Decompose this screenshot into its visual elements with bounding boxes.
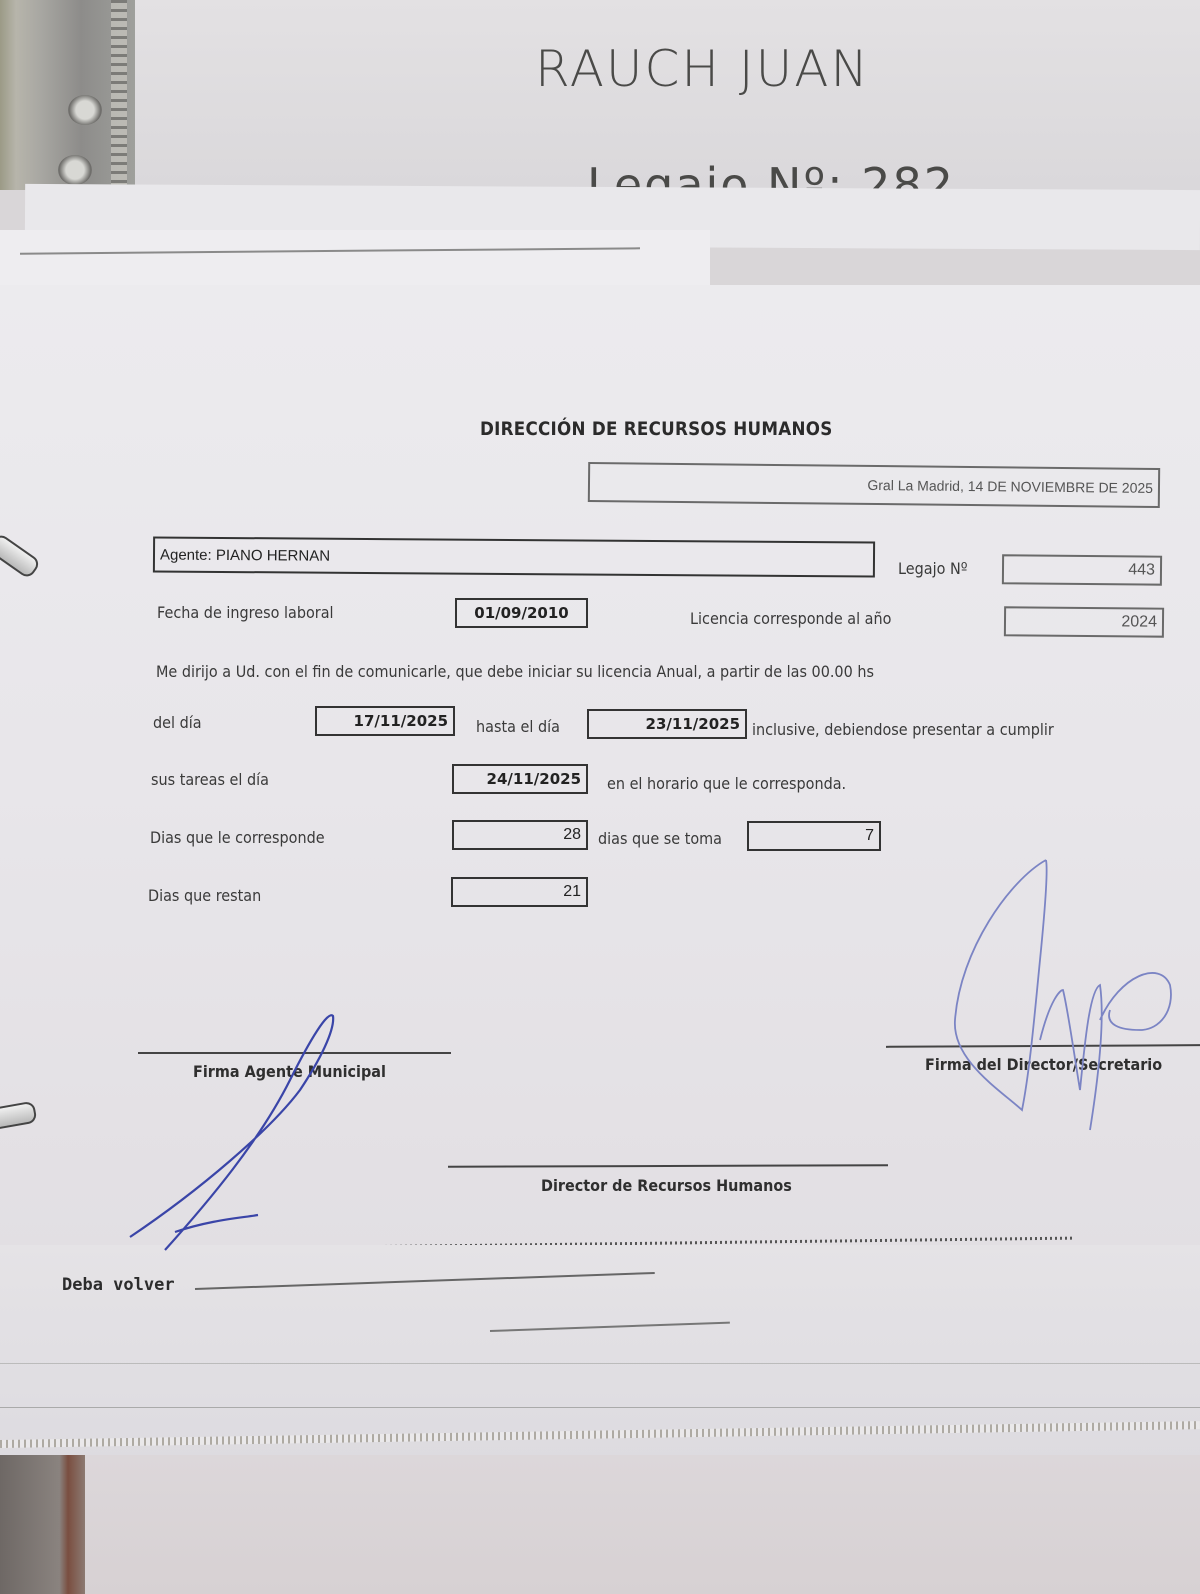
lower-line bbox=[490, 1322, 730, 1332]
cover-name: RAUCH JUAN bbox=[535, 40, 870, 98]
cover-sheet: RAUCH JUAN Legajo Nº: 282 bbox=[135, 0, 1200, 210]
dias-corresponde-field: 28 bbox=[452, 820, 588, 850]
del-dia-field: 17/11/2025 bbox=[315, 706, 455, 736]
binder-clip bbox=[0, 0, 135, 190]
director-signature-label: Firma del Director/Secretario bbox=[925, 1055, 1162, 1074]
paper-edge-line bbox=[0, 1407, 1200, 1408]
form-title: DIRECCIÓN DE RECURSOS HUMANOS bbox=[480, 418, 833, 440]
horario-text: en el horario que le corresponda. bbox=[607, 774, 846, 793]
dias-toma-field: 7 bbox=[747, 821, 881, 851]
tareas-field: 24/11/2025 bbox=[452, 764, 588, 794]
hasta-field: 23/11/2025 bbox=[587, 709, 747, 739]
hasta-label: hasta el día bbox=[476, 717, 560, 736]
folder-cover bbox=[85, 1455, 1200, 1594]
ingreso-field: 01/09/2010 bbox=[455, 598, 588, 628]
licencia-anio-field: 2024 bbox=[1004, 606, 1164, 637]
rrhh-signature-label: Director de Recursos Humanos bbox=[541, 1176, 792, 1195]
dias-restan-label: Dias que restan bbox=[148, 886, 261, 905]
paper-edge-line bbox=[0, 1363, 1200, 1364]
body-text: Me dirijo a Ud. con el fin de comunicarl… bbox=[156, 662, 874, 681]
rrhh-signature-line bbox=[448, 1164, 888, 1168]
agent-signature-label: Firma Agente Municipal bbox=[193, 1062, 386, 1081]
license-form: DIRECCIÓN DE RECURSOS HUMANOS Gral La Ma… bbox=[0, 285, 1200, 1255]
tareas-label: sus tareas el día bbox=[151, 770, 269, 789]
legajo-field: 443 bbox=[1002, 554, 1162, 585]
inclusive-text: inclusive, debiendose presentar a cumpli… bbox=[752, 720, 1054, 739]
licencia-anio-label: Licencia corresponde al año bbox=[690, 609, 891, 628]
dias-corresponde-label: Dias que le corresponde bbox=[150, 828, 325, 847]
del-dia-label: del día bbox=[153, 713, 202, 732]
dias-toma-label: dias que se toma bbox=[598, 829, 722, 848]
deba-volver-line bbox=[195, 1272, 655, 1290]
binder-ruler bbox=[111, 0, 127, 190]
ingreso-label: Fecha de ingreso laboral bbox=[157, 603, 334, 622]
agent-signature-line bbox=[138, 1052, 451, 1054]
place-date-field: Gral La Madrid, 14 DE NOVIEMBRE DE 2025 bbox=[588, 462, 1160, 508]
deba-volver-label: Deba volver bbox=[62, 1275, 175, 1295]
agent-field: Agente: PIANO HERNAN bbox=[153, 536, 875, 577]
legajo-label: Legajo Nº bbox=[898, 559, 968, 578]
binder-hole bbox=[58, 155, 92, 185]
director-signature-line bbox=[886, 1044, 1200, 1048]
binder-hole bbox=[68, 95, 102, 125]
dias-restan-field: 21 bbox=[451, 877, 588, 907]
binder-clip-bottom bbox=[0, 1455, 85, 1594]
